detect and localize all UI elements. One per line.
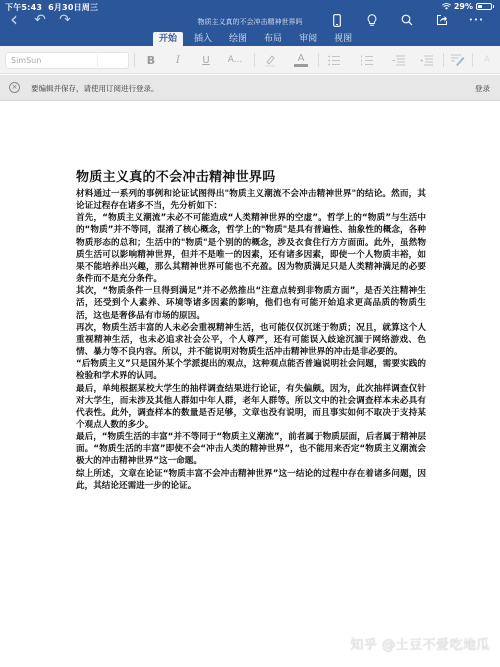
highlighter-icon [263,53,277,67]
document-heading: 物质主义真的不会冲击精神世界吗 [76,166,276,185]
numbered-list-icon [361,55,373,66]
clear-format-button[interactable]: A [480,52,494,68]
date-text: 6月30日周三 [48,3,98,12]
document-page[interactable]: 物质主义真的不会冲击精神世界吗 材料通过一系列的事例和论证试图得出"物质主义潮流… [0,102,500,667]
bullets-button[interactable] [327,52,341,68]
document-body: 材料通过一系列的事例和论证试图得出"物质主义潮流不会冲击精神世界"的结论。然而，… [76,188,426,492]
sign-in-banner: × 要编辑并保存，请使用订阅进行登录。 登录 [0,75,500,101]
redo-icon[interactable]: ↷ [57,12,73,28]
toolbar-divider [443,53,444,67]
font-effects-button[interactable]: A... [225,52,245,68]
paragraph-survey: 最后，单纯根据某校大学生的抽样调查结果进行论证，有失偏颇。因为，此次抽样调查仅针… [76,383,426,432]
tab-draw[interactable]: 绘图 [223,32,253,46]
styles-button[interactable] [450,52,466,68]
numbering-button[interactable] [360,52,374,68]
more-button[interactable]: ••• [459,12,494,28]
paragraph-third: 再次，物质生活丰富的人未必会重视精神生活，也可能仅仅沉迷于物质；况且，就算这个人… [76,322,426,358]
paragraph-first: 首先，“物质主义潮流”未必不可能造成“人类精神世界的空虚”。哲学上的“物质”与生… [76,212,426,285]
back-icon[interactable]: ‹ [6,12,22,28]
paragraph-last: 最后，“物质生活的丰富“并不等同于“物质主义潮流”，前者属于物质层面，后者属于精… [76,431,426,467]
tab-layout[interactable]: 布局 [258,32,288,46]
toolbar-divider [472,53,473,67]
status-bar-right: 29% [442,2,492,11]
undo-icon[interactable]: ↶ [32,12,48,28]
paragraph-intro: 材料通过一系列的事例和论证试图得出"物质主义潮流不会冲击精神世界"的结论。然而，… [76,188,426,212]
paragraph-second: 其次，“物质条件一旦得到满足”并不必然推出“注意点转到非物质方面”，是否关注精神… [76,285,426,321]
login-button[interactable]: 登录 [475,83,490,94]
more-icon: ••• [469,16,484,24]
phone-view-button[interactable] [319,12,354,28]
paragraph-conclusion: 综上所述，文章在论证“物质丰富不会冲击精神世界”这一结论的过程中存在着诸多问题，… [76,468,426,492]
tab-insert[interactable]: 插入 [188,32,218,46]
italic-button[interactable]: I [172,52,184,68]
font-size-divider [97,55,98,67]
tab-view[interactable]: 视图 [328,32,358,46]
clear-format-icon: A [484,55,490,65]
toolbar-divider [134,53,135,67]
tab-home[interactable]: 开始 [153,32,183,46]
styles-pen-icon [451,54,465,66]
document-title[interactable]: 物质主义真的不会冲击精神世界吗 [198,18,303,26]
share-button[interactable] [424,12,459,28]
phone-view-icon [333,14,341,27]
toolbar-divider [318,53,319,67]
underline-button[interactable]: U [200,52,212,68]
bulleted-list-icon [328,55,340,66]
paragraph-post-materialism: “后物质主义”只是国外某个学派提出的观点，这种观点能否普遍说明社会问题，需要实践… [76,358,426,382]
banner-message: 要编辑并保存，请使用订阅进行登录。 [31,83,159,94]
font-color-button[interactable]: A [293,52,309,68]
font-color-letter: A [298,53,305,64]
font-color-swatch [294,64,308,67]
search-button[interactable] [389,12,424,28]
battery-icon [476,3,492,10]
battery-percent: 29% [454,2,473,11]
increase-indent-button[interactable] [418,52,434,68]
title-bar-actions: ••• [319,12,494,28]
lightbulb-icon [367,14,377,27]
bold-button[interactable]: B [144,52,158,68]
share-icon [436,14,448,26]
search-icon [401,14,413,26]
watermark: 知乎 @土豆不爱吃地瓜 [350,634,490,653]
font-name-field[interactable]: SimSun [5,52,129,69]
ribbon-toolbar: SimSun B I U A... A A [0,46,500,74]
decrease-indent-icon [392,55,405,66]
wifi-icon [442,3,451,10]
tell-me-button[interactable] [354,12,389,28]
ribbon-tabs: 开始 插入 绘图 布局 审阅 视图 [153,32,363,46]
tab-review[interactable]: 审阅 [293,32,323,46]
title-bar: 下午5:43 6月30日周三 29% ‹ ↶ ↷ 物质主义真的不会冲击精神世界吗… [0,0,500,46]
close-banner-icon[interactable]: × [9,82,20,93]
increase-indent-icon [420,55,433,66]
toolbar-divider [254,53,255,67]
highlight-button[interactable] [262,52,278,68]
font-name-value: SimSun [11,56,41,65]
decrease-indent-button[interactable] [390,52,406,68]
